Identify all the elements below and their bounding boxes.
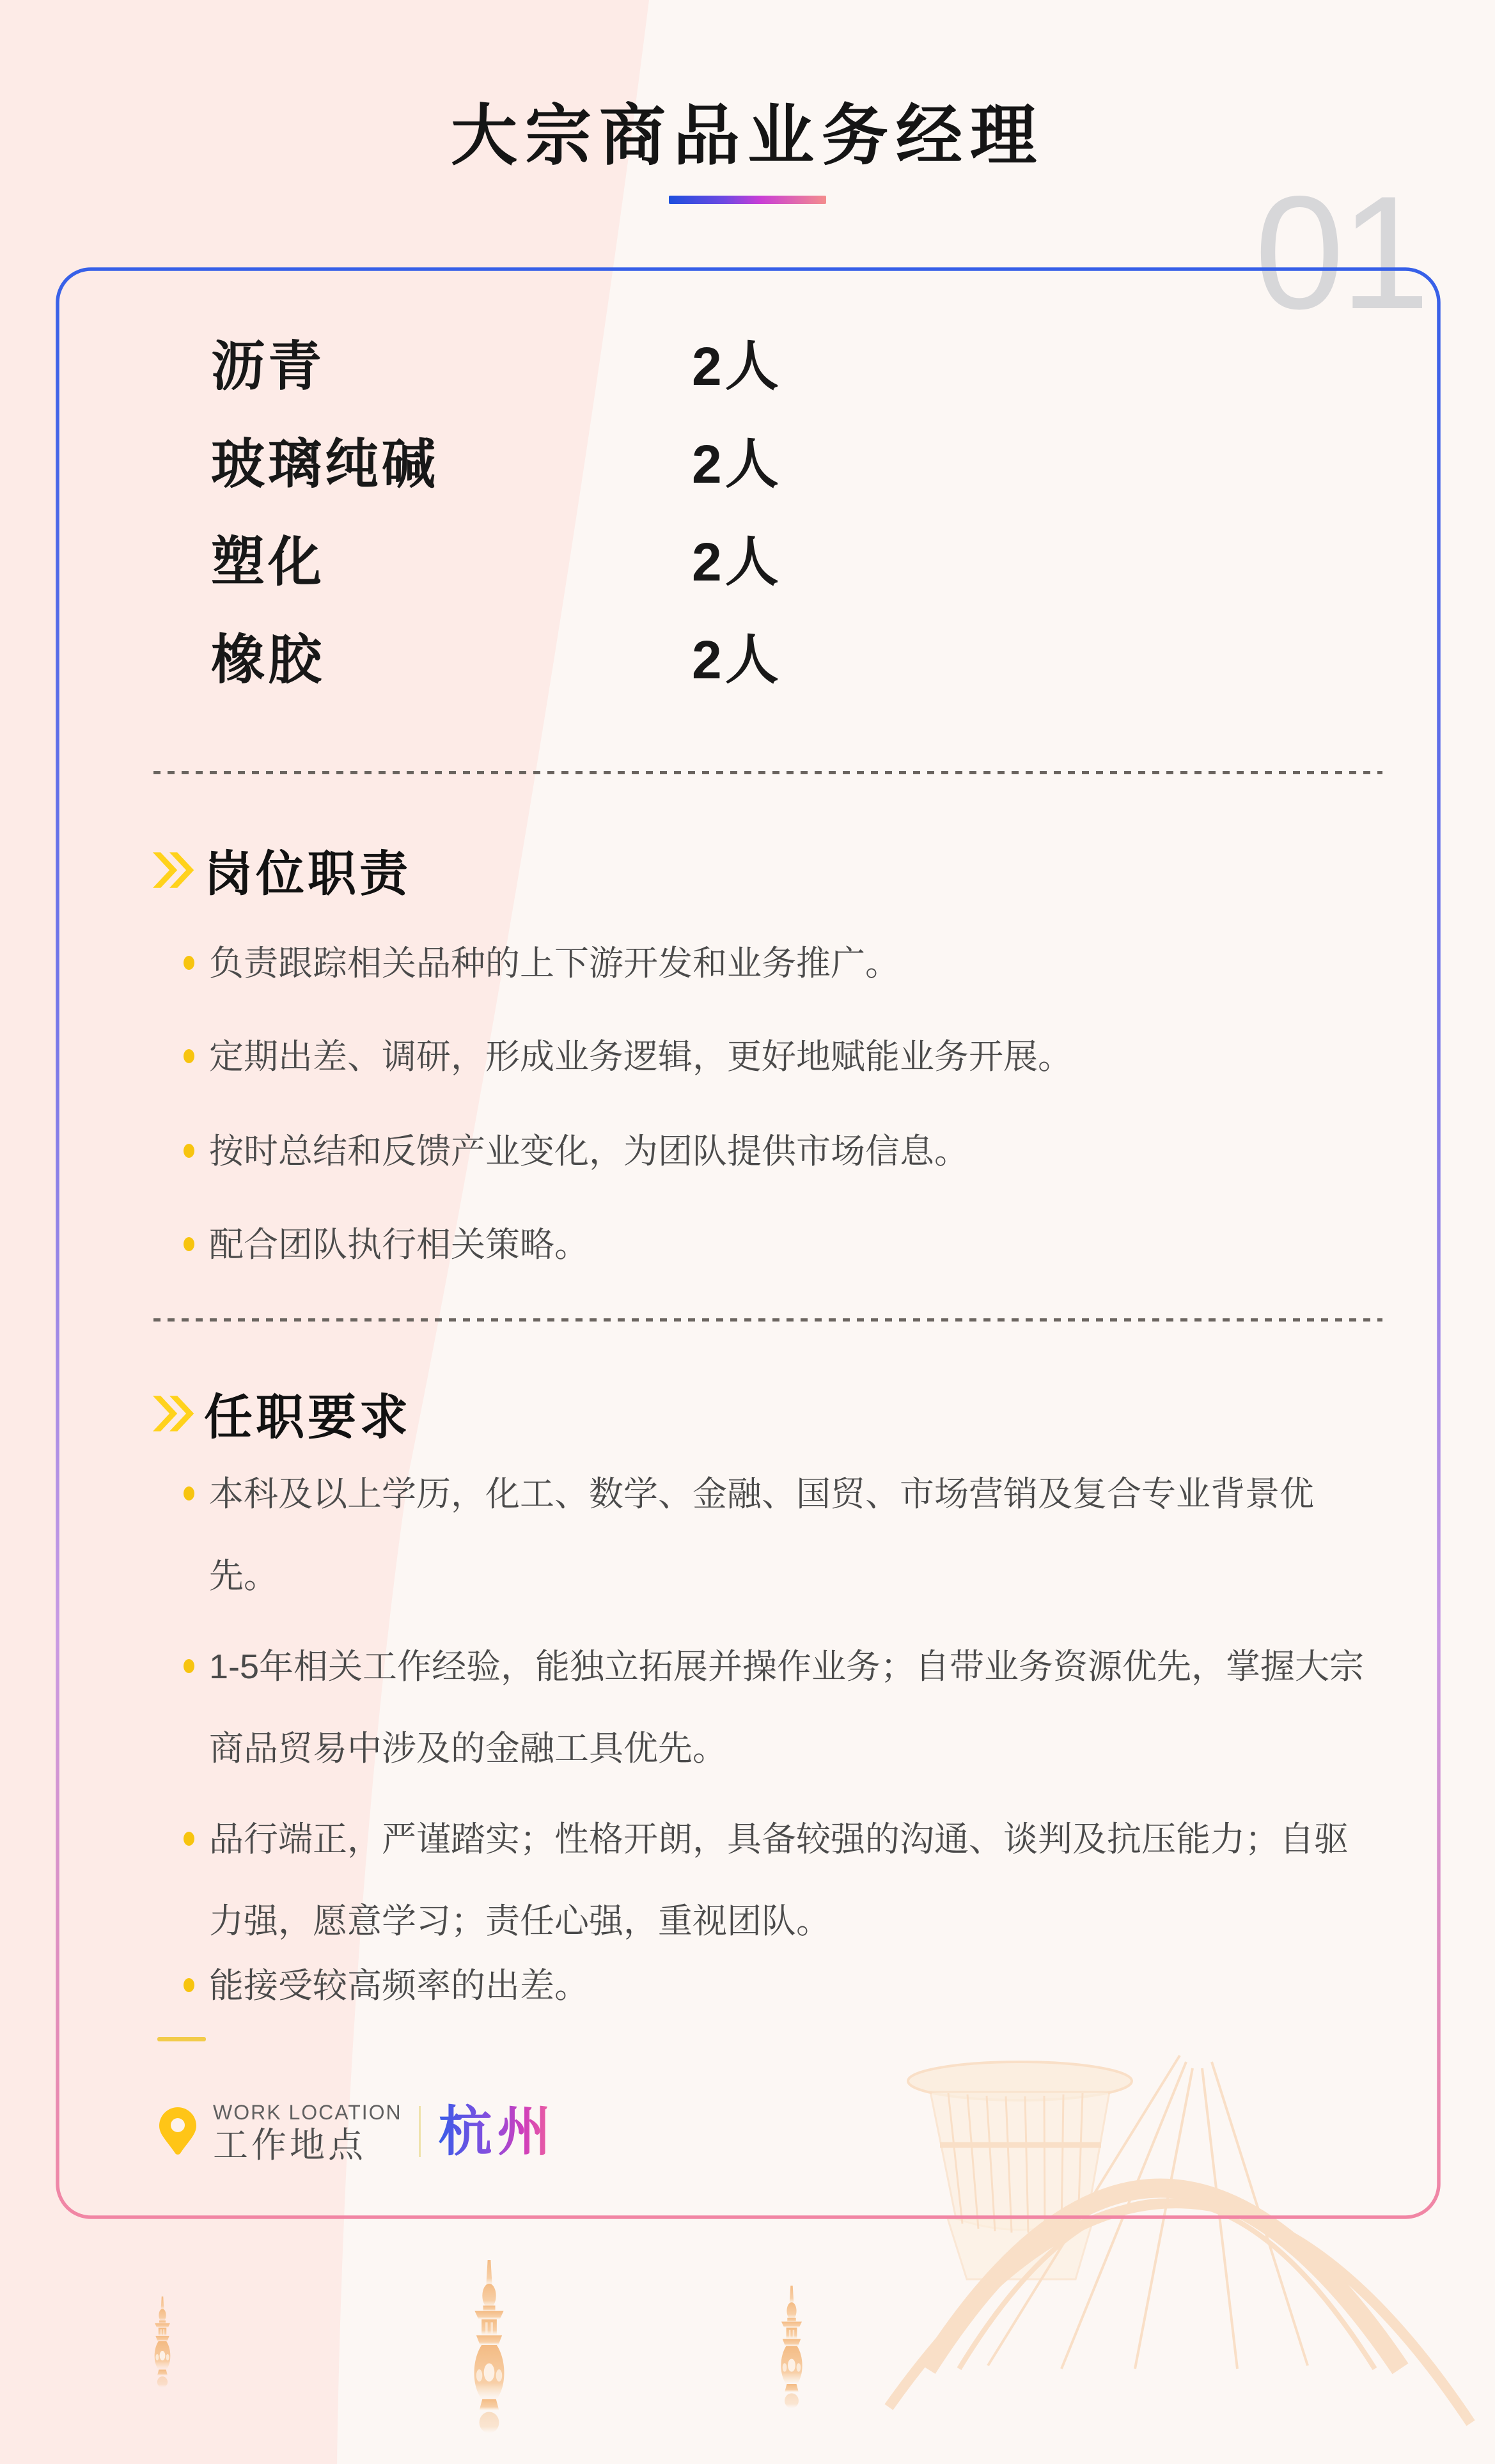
position-row: 玻璃纯碱2人 [211, 421, 782, 493]
section-title: 任职要求 [204, 1378, 411, 1448]
vertical-divider [419, 2106, 421, 2157]
bullet-dot-icon [184, 1659, 194, 1673]
position-name: 沥青 [211, 324, 692, 401]
position-name: 塑化 [211, 519, 692, 597]
position-name: 橡胶 [211, 617, 692, 694]
map-pin-icon [156, 2105, 200, 2158]
bullet-dot-icon [184, 1049, 194, 1063]
work-location-label-zh: 工作地点 [213, 2125, 402, 2165]
bullet-text: 1-5年相关工作经验，能独立拓展并操作业务；自带业务资源优先，掌握大宗商品贸易中… [209, 1626, 1382, 1790]
bullet-dot-icon [184, 1832, 194, 1846]
bullet-text: 负责跟踪相关品种的上下游开发和业务推广。 [209, 944, 900, 983]
bullet-text: 按时总结和反馈产业变化，为团队提供市场信息。 [209, 1132, 969, 1171]
position-count: 2人 [692, 617, 782, 694]
list-item: 品行端正，严谨踏实；性格开朗，具备较强的沟通、谈判及抗压能力；自驱力强，愿意学习… [184, 1798, 1382, 1962]
work-location-labels: WORK LOCATION 工作地点 [213, 2101, 402, 2165]
list-item: 本科及以上学历，化工、数学、金融、国贸、市场营销及复合专业背景优先。 [184, 1453, 1382, 1617]
double-chevron-right-icon [153, 852, 195, 889]
list-item: 定期出差、调研，形成业务逻辑，更好地赋能业务开展。 [184, 1038, 1072, 1076]
work-location-city: 杭州 [439, 2101, 556, 2162]
dashed-divider [153, 1318, 1382, 1322]
job-poster: 大宗商品业务经理 01 沥青2人 玻璃纯碱2人 塑化2人 橡胶2人 [0, 0, 1495, 2464]
accent-dash [157, 2037, 206, 2041]
list-item: 配合团队执行相关策略。 [184, 1226, 589, 1264]
list-item: 负责跟踪相关品种的上下游开发和业务推广。 [184, 944, 900, 983]
position-count: 2人 [692, 519, 782, 597]
list-item: 按时总结和反馈产业变化，为团队提供市场信息。 [184, 1132, 969, 1171]
work-location: WORK LOCATION 工作地点 杭州 [156, 2101, 556, 2165]
position-row: 塑化2人 [211, 519, 782, 591]
dashed-divider [153, 771, 1382, 774]
list-item: 能接受较高频率的出差。 [184, 1945, 1382, 2027]
bullet-dot-icon [184, 956, 194, 970]
bullet-text: 配合团队执行相关策略。 [209, 1226, 589, 1264]
section-header-responsibilities: 岗位职责 [153, 835, 411, 905]
double-chevron-right-icon [153, 1395, 195, 1432]
position-row: 沥青2人 [211, 324, 782, 395]
section-header-requirements: 任职要求 [153, 1378, 411, 1448]
position-count: 2人 [692, 421, 782, 499]
page-title: 大宗商品业务经理 [0, 82, 1495, 178]
title-underline [669, 196, 826, 204]
bullet-dot-icon [184, 1978, 194, 1992]
bullet-text: 本科及以上学历，化工、数学、金融、国贸、市场营销及复合专业背景优先。 [209, 1453, 1382, 1617]
pagoda-medium [781, 2286, 802, 2408]
work-location-label-en: WORK LOCATION [213, 2101, 402, 2124]
list-item: 1-5年相关工作经验，能独立拓展并操作业务；自带业务资源优先，掌握大宗商品贸易中… [184, 1626, 1382, 1790]
position-name: 玻璃纯碱 [211, 421, 692, 499]
bullet-dot-icon [184, 1237, 194, 1251]
position-count: 2人 [692, 324, 782, 401]
position-row: 橡胶2人 [211, 617, 782, 689]
section-title: 岗位职责 [204, 835, 411, 905]
bullet-dot-icon [184, 1486, 194, 1501]
bullet-text: 能接受较高频率的出差。 [209, 1945, 1382, 2027]
bullet-text: 定期出差、调研，形成业务逻辑，更好地赋能业务开展。 [209, 1038, 1072, 1076]
pagoda-large [474, 2260, 505, 2433]
bullet-dot-icon [184, 1144, 194, 1158]
bullet-text: 品行端正，严谨踏实；性格开朗，具备较强的沟通、谈判及抗压能力；自驱力强，愿意学习… [209, 1798, 1382, 1962]
